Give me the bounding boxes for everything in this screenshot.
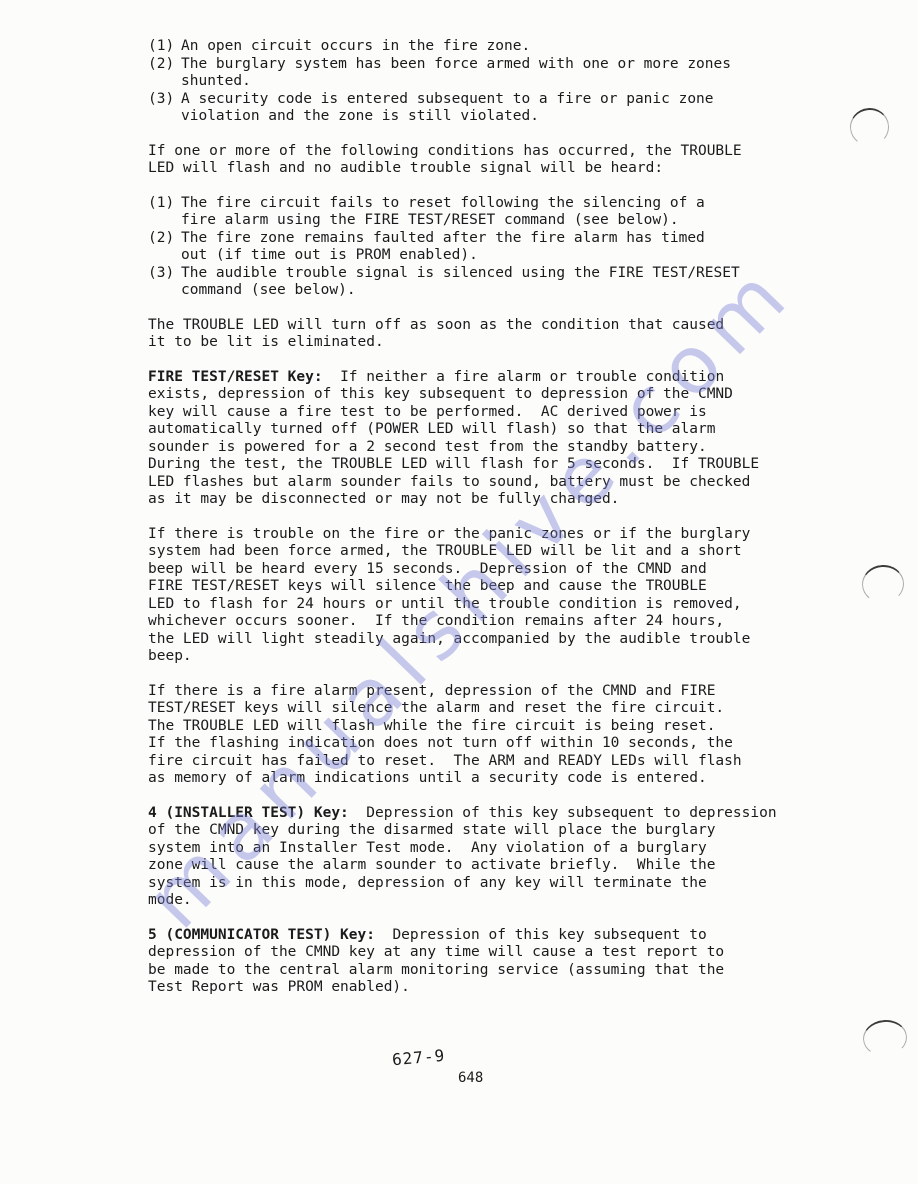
list-item: (1) An open circuit occurs in the fire z… <box>148 38 848 56</box>
paragraph-trouble-led-off: The TROUBLE LED will turn off as soon as… <box>148 317 848 352</box>
list-item-text: The burglary system has been force armed… <box>181 56 731 91</box>
paragraph-trouble-intro: If one or more of the following conditio… <box>148 143 848 178</box>
list-item-text: A security code is entered subsequent to… <box>181 91 714 126</box>
list-item-marker: (3) <box>148 265 181 300</box>
list-item: (3) The audible trouble signal is silenc… <box>148 265 848 300</box>
list-item-marker: (2) <box>148 56 181 91</box>
section-fire-test-reset-key: FIRE TEST/RESET Key: If neither a fire a… <box>148 369 848 509</box>
list-item-marker: (1) <box>148 195 181 230</box>
section-communicator-test-key: 5 (COMMUNICATOR TEST) Key: Depression of… <box>148 927 848 997</box>
list-fire-zone-conditions: (1) An open circuit occurs in the fire z… <box>148 38 848 126</box>
section-heading: 5 (COMMUNICATOR TEST) Key: <box>148 927 375 943</box>
scan-artifact-arc <box>848 106 891 148</box>
list-item-text: The fire zone remains faulted after the … <box>181 230 705 265</box>
scan-artifact-arc <box>861 564 906 605</box>
footer-doc-number: 627-9 <box>391 1046 446 1070</box>
list-item: (3) A security code is entered subsequen… <box>148 91 848 126</box>
list-trouble-conditions: (1) The fire circuit fails to reset foll… <box>148 195 848 300</box>
section-heading: 4 (INSTALLER TEST) Key: <box>148 805 349 821</box>
section-installer-test-key: 4 (INSTALLER TEST) Key: Depression of th… <box>148 805 848 910</box>
list-item: (2) The burglary system has been force a… <box>148 56 848 91</box>
list-item-marker: (2) <box>148 230 181 265</box>
scan-artifact-arc <box>861 1018 909 1058</box>
list-item-marker: (3) <box>148 91 181 126</box>
footer-page-number: 648 <box>458 1070 483 1086</box>
list-item-text: The audible trouble signal is silenced u… <box>181 265 740 300</box>
list-item: (1) The fire circuit fails to reset foll… <box>148 195 848 230</box>
list-item-text: An open circuit occurs in the fire zone. <box>181 38 530 56</box>
section-body: If neither a fire alarm or trouble condi… <box>148 369 759 508</box>
list-item: (2) The fire zone remains faulted after … <box>148 230 848 265</box>
list-item-marker: (1) <box>148 38 181 56</box>
paragraph-trouble-zones: If there is trouble on the fire or the p… <box>148 526 848 666</box>
section-heading: FIRE TEST/RESET Key: <box>148 369 323 385</box>
manual-page-text: (1) An open circuit occurs in the fire z… <box>148 38 848 1014</box>
list-item-text: The fire circuit fails to reset followin… <box>181 195 705 230</box>
paragraph-fire-alarm-present: If there is a fire alarm present, depres… <box>148 683 848 788</box>
